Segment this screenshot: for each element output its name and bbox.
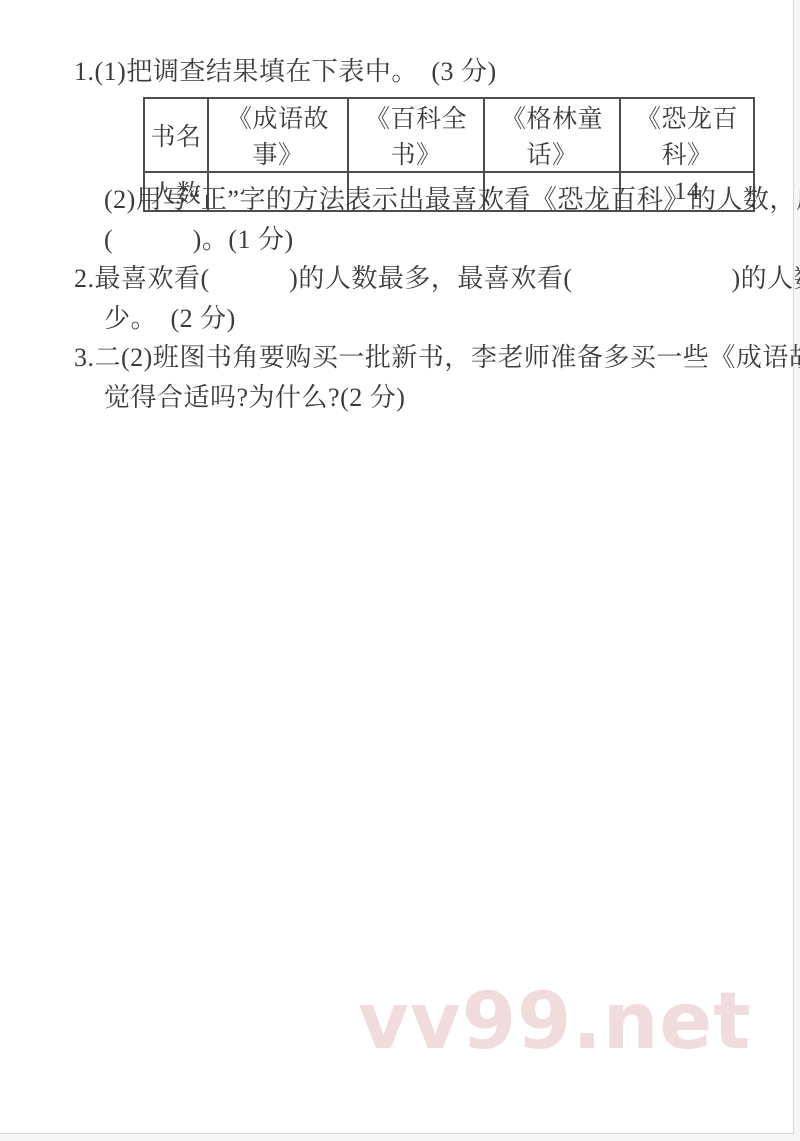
question-3-text-line2: 觉得合适吗?为什么?(2 分) — [104, 383, 405, 413]
site-watermark: vv99.net — [358, 983, 752, 1061]
table-header-grimm-tales: 《格林童话》 — [484, 98, 620, 172]
table-header-idiom-stories: 《成语故事》 — [208, 98, 348, 172]
question-3-text-line1: 3.二(2)班图书角要购买一批新书，李老师准备多买一些《成语故事》，你 — [74, 343, 800, 373]
question-2-text-line1: 2.最喜欢看( )的人数最多，最喜欢看( )的人数最 — [74, 264, 800, 294]
question-2-text-line2: 少。 (2 分) — [104, 304, 236, 334]
question-1-sub2-text-line1: (2)用写“正”字的方法表示出最喜欢看《恐龙百科》的人数，应该是 — [104, 185, 800, 215]
exam-page: 1.(1)把调查结果填在下表中。 (3 分) 书名 《成语故事》 《百科全书》 … — [0, 0, 794, 1134]
table-header-encyclopedia: 《百科全书》 — [348, 98, 484, 172]
question-1-sub1-text: 1.(1)把调查结果填在下表中。 (3 分) — [74, 57, 497, 87]
table-header-book-name: 书名 — [144, 98, 208, 172]
question-1-sub2-answer-blank: ( )。(1 分) — [104, 225, 294, 255]
table-header-dinosaur-encyclopedia: 《恐龙百科》 — [620, 98, 754, 172]
table-header-row: 书名 《成语故事》 《百科全书》 《格林童话》 《恐龙百科》 — [144, 98, 754, 172]
